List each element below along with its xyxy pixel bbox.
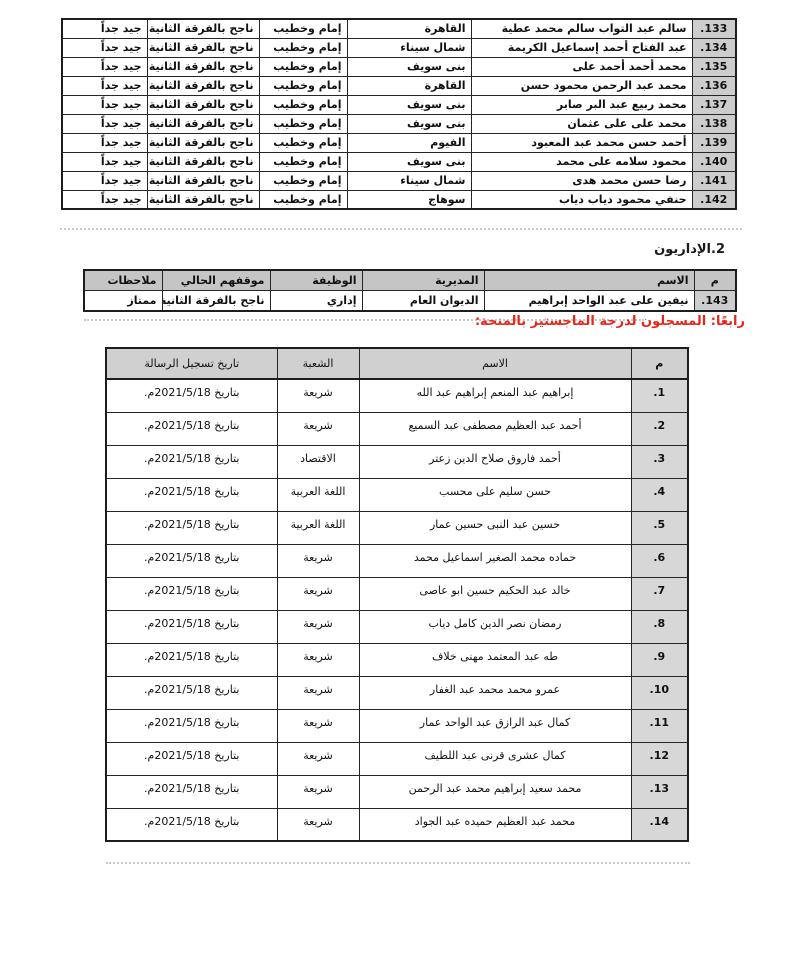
row-number-cell: 133.: [692, 19, 736, 38]
branch-cell: اللغة العربية: [277, 511, 359, 544]
row-number-cell: 4.: [631, 478, 688, 511]
header-number: م: [694, 270, 736, 290]
status-cell: ناجح بالفرقة الثانية: [147, 133, 259, 152]
header-reg-date: تاريخ تسجيل الرسالة: [106, 348, 277, 379]
grade-cell: جيد جداً: [62, 19, 147, 38]
name-cell: محمد ربيع عبد البر صابر: [471, 95, 692, 114]
admin-row: 143. نيفين على عبد الواحد إبراهيم الديوا…: [84, 290, 736, 311]
masters-table-body: 1. إبراهيم عبد المنعم إبراهيم عبد الله ش…: [106, 379, 688, 841]
imam-row: 140. محمود سلامه على محمد بنى سويف إمام …: [62, 152, 736, 171]
reg-date-cell: بتاريخ 2021/5/18م.: [106, 511, 277, 544]
row-number-cell: 10.: [631, 676, 688, 709]
masters-row: 10. عمرو محمد محمد عبد الغفار شريعة بتار…: [106, 676, 688, 709]
imams-results-table: 133. سالم عبد التواب سالم محمد عطية القا…: [61, 18, 737, 210]
name-cell: كمال عبد الرازق عبد الواحد عمار: [359, 709, 631, 742]
name-cell: خالد عبد الحكيم حسين ابو عاصى: [359, 577, 631, 610]
row-number-cell: 14.: [631, 808, 688, 841]
grade-cell: جيد جداً: [62, 95, 147, 114]
imam-row: 139. أحمد حسن محمد عبد المعبود الفيوم إم…: [62, 133, 736, 152]
branch-cell: الاقتصاد: [277, 445, 359, 478]
header-job: الوظيفة: [270, 270, 362, 290]
scanned-document-page: 133. سالم عبد التواب سالم محمد عطية القا…: [0, 0, 799, 960]
row-number-cell: 1.: [631, 379, 688, 412]
admins-header-row: م الاسم المديرية الوظيفة موقفهم الحالي م…: [84, 270, 736, 290]
header-notes: ملاحظات: [84, 270, 162, 290]
admins-section-title: 2.الإداريون: [654, 242, 725, 257]
masters-row: 8. رمضان نصر الدين كامل دياب شريعة بتاري…: [106, 610, 688, 643]
name-cell: حنفي محمود دياب دياب: [471, 190, 692, 209]
masters-section-title: رابعًا: المسجلون لدرجة الماجستير بالمنحة…: [475, 314, 745, 329]
header-name: الاسم: [484, 270, 694, 290]
directorate-cell: بنى سويف: [347, 152, 471, 171]
grade-cell: جيد جداً: [62, 38, 147, 57]
job-cell: إمام وخطيب: [259, 95, 347, 114]
directorate-cell: سوهاج: [347, 190, 471, 209]
status-cell: ناجح بالفرقة الثانية: [147, 19, 259, 38]
name-cell: أحمد حسن محمد عبد المعبود: [471, 133, 692, 152]
masters-row: 3. أحمد فاروق صلاح الدين زعتر الاقتصاد ب…: [106, 445, 688, 478]
reg-date-cell: بتاريخ 2021/5/18م.: [106, 445, 277, 478]
admins-table: م الاسم المديرية الوظيفة موقفهم الحالي م…: [83, 269, 737, 312]
row-number-cell: 3.: [631, 445, 688, 478]
status-cell: ناجح بالفرقة الثانية: [162, 290, 270, 311]
status-cell: ناجح بالفرقة الثانية: [147, 114, 259, 133]
header-name: الاسم: [359, 348, 631, 379]
name-cell: محمد عبد العظيم حميده عبد الجواد: [359, 808, 631, 841]
reg-date-cell: بتاريخ 2021/5/18م.: [106, 577, 277, 610]
job-cell: إمام وخطيب: [259, 171, 347, 190]
job-cell: إمام وخطيب: [259, 114, 347, 133]
status-cell: ناجح بالفرقة الثانية: [147, 95, 259, 114]
directorate-cell: القاهرة: [347, 19, 471, 38]
imam-row: 137. محمد ربيع عبد البر صابر بنى سويف إم…: [62, 95, 736, 114]
masters-row: 6. حماده محمد الصغير اسماعيل محمد شريعة …: [106, 544, 688, 577]
header-branch: الشعبة: [277, 348, 359, 379]
name-cell: محمود سلامه على محمد: [471, 152, 692, 171]
header-number: م: [631, 348, 688, 379]
name-cell: حماده محمد الصغير اسماعيل محمد: [359, 544, 631, 577]
scan-artifact-line: [60, 228, 742, 230]
grade-cell: جيد جداً: [62, 171, 147, 190]
name-cell: حسن سليم على محسب: [359, 478, 631, 511]
row-number-cell: 138.: [692, 114, 736, 133]
admins-table-body: 143. نيفين على عبد الواحد إبراهيم الديوا…: [84, 290, 736, 311]
directorate-cell: القاهرة: [347, 76, 471, 95]
directorate-cell: الفيوم: [347, 133, 471, 152]
row-number-cell: 140.: [692, 152, 736, 171]
job-cell: إمام وخطيب: [259, 19, 347, 38]
row-number-cell: 11.: [631, 709, 688, 742]
admins-table-header: م الاسم المديرية الوظيفة موقفهم الحالي م…: [84, 270, 736, 290]
imam-row: 142. حنفي محمود دياب دياب سوهاج إمام وخط…: [62, 190, 736, 209]
branch-cell: اللغة العربية: [277, 478, 359, 511]
row-number-cell: 142.: [692, 190, 736, 209]
imams-results-body: 133. سالم عبد التواب سالم محمد عطية القا…: [62, 19, 736, 209]
masters-row: 11. كمال عبد الرازق عبد الواحد عمار شريع…: [106, 709, 688, 742]
branch-cell: شريعة: [277, 676, 359, 709]
masters-table-header: م الاسم الشعبة تاريخ تسجيل الرسالة: [106, 348, 688, 379]
directorate-cell: شمال سيناء: [347, 38, 471, 57]
reg-date-cell: بتاريخ 2021/5/18م.: [106, 775, 277, 808]
row-number-cell: 12.: [631, 742, 688, 775]
reg-date-cell: بتاريخ 2021/5/18م.: [106, 544, 277, 577]
branch-cell: شريعة: [277, 412, 359, 445]
job-cell: إمام وخطيب: [259, 76, 347, 95]
branch-cell: شريعة: [277, 610, 359, 643]
name-cell: رمضان نصر الدين كامل دياب: [359, 610, 631, 643]
masters-row: 2. أحمد عبد العظيم مصطفى عبد السميع شريع…: [106, 412, 688, 445]
row-number-cell: 2.: [631, 412, 688, 445]
branch-cell: شريعة: [277, 709, 359, 742]
status-cell: ناجح بالفرقة الثانية: [147, 57, 259, 76]
reg-date-cell: بتاريخ 2021/5/18م.: [106, 709, 277, 742]
masters-table: م الاسم الشعبة تاريخ تسجيل الرسالة 1. إب…: [105, 347, 689, 842]
row-number-cell: 13.: [631, 775, 688, 808]
status-cell: ناجح بالفرقة الثانية: [147, 76, 259, 95]
reg-date-cell: بتاريخ 2021/5/18م.: [106, 478, 277, 511]
reg-date-cell: بتاريخ 2021/5/18م.: [106, 643, 277, 676]
masters-row: 7. خالد عبد الحكيم حسين ابو عاصى شريعة ب…: [106, 577, 688, 610]
imam-row: 141. رضا حسن محمد هدى شمال سيناء إمام وخ…: [62, 171, 736, 190]
imam-row: 135. محمد أحمد أحمد على بنى سويف إمام وخ…: [62, 57, 736, 76]
job-cell: إمام وخطيب: [259, 133, 347, 152]
name-cell: أحمد فاروق صلاح الدين زعتر: [359, 445, 631, 478]
masters-row: 4. حسن سليم على محسب اللغة العربية بتاري…: [106, 478, 688, 511]
imam-row: 133. سالم عبد التواب سالم محمد عطية القا…: [62, 19, 736, 38]
row-number-cell: 7.: [631, 577, 688, 610]
job-cell: إمام وخطيب: [259, 190, 347, 209]
masters-row: 13. محمد سعيد إبراهيم محمد عبد الرحمن شر…: [106, 775, 688, 808]
name-cell: طه عبد المعتمد مهنى خلاف: [359, 643, 631, 676]
status-cell: ناجح بالفرقة الثانية: [147, 171, 259, 190]
row-number-cell: 5.: [631, 511, 688, 544]
reg-date-cell: بتاريخ 2021/5/18م.: [106, 808, 277, 841]
row-number-cell: 143.: [694, 290, 736, 311]
branch-cell: شريعة: [277, 742, 359, 775]
name-cell: سالم عبد التواب سالم محمد عطية: [471, 19, 692, 38]
reg-date-cell: بتاريخ 2021/5/18م.: [106, 676, 277, 709]
name-cell: إبراهيم عبد المنعم إبراهيم عبد الله: [359, 379, 631, 412]
reg-date-cell: بتاريخ 2021/5/18م.: [106, 379, 277, 412]
row-number-cell: 9.: [631, 643, 688, 676]
branch-cell: شريعة: [277, 775, 359, 808]
directorate-cell: شمال سيناء: [347, 171, 471, 190]
row-number-cell: 134.: [692, 38, 736, 57]
row-number-cell: 8.: [631, 610, 688, 643]
notes-cell: ممتاز: [84, 290, 162, 311]
job-cell: إداري: [270, 290, 362, 311]
masters-row: 9. طه عبد المعتمد مهنى خلاف شريعة بتاريخ…: [106, 643, 688, 676]
grade-cell: جيد جداً: [62, 133, 147, 152]
name-cell: محمد سعيد إبراهيم محمد عبد الرحمن: [359, 775, 631, 808]
grade-cell: جيد جداً: [62, 114, 147, 133]
name-cell: نيفين على عبد الواحد إبراهيم: [484, 290, 694, 311]
job-cell: إمام وخطيب: [259, 152, 347, 171]
name-cell: محمد عبد الرحمن محمود حسن: [471, 76, 692, 95]
masters-row: 1. إبراهيم عبد المنعم إبراهيم عبد الله ش…: [106, 379, 688, 412]
status-cell: ناجح بالفرقة الثانية: [147, 38, 259, 57]
branch-cell: شريعة: [277, 544, 359, 577]
row-number-cell: 139.: [692, 133, 736, 152]
status-cell: ناجح بالفرقة الثانية: [147, 152, 259, 171]
masters-row: 5. حسين عبد النبى حسين عمار اللغة العربي…: [106, 511, 688, 544]
reg-date-cell: بتاريخ 2021/5/18م.: [106, 412, 277, 445]
status-cell: ناجح بالفرقة الثانية: [147, 190, 259, 209]
branch-cell: شريعة: [277, 577, 359, 610]
reg-date-cell: بتاريخ 2021/5/18م.: [106, 742, 277, 775]
name-cell: محمد على على عثمان: [471, 114, 692, 133]
job-cell: إمام وخطيب: [259, 38, 347, 57]
name-cell: كمال عشرى قرنى عبد اللطيف: [359, 742, 631, 775]
directorate-cell: بنى سويف: [347, 95, 471, 114]
grade-cell: جيد جداً: [62, 57, 147, 76]
masters-row: 12. كمال عشرى قرنى عبد اللطيف شريعة بتار…: [106, 742, 688, 775]
reg-date-cell: بتاريخ 2021/5/18م.: [106, 610, 277, 643]
masters-row: 14. محمد عبد العظيم حميده عبد الجواد شري…: [106, 808, 688, 841]
row-number-cell: 6.: [631, 544, 688, 577]
name-cell: أحمد عبد العظيم مصطفى عبد السميع: [359, 412, 631, 445]
imam-row: 136. محمد عبد الرحمن محمود حسن القاهرة إ…: [62, 76, 736, 95]
row-number-cell: 135.: [692, 57, 736, 76]
name-cell: محمد أحمد أحمد على: [471, 57, 692, 76]
row-number-cell: 137.: [692, 95, 736, 114]
imam-row: 134. عبد الفتاح أحمد إسماعيل الكريمة شما…: [62, 38, 736, 57]
name-cell: عمرو محمد محمد عبد الغفار: [359, 676, 631, 709]
masters-header-row: م الاسم الشعبة تاريخ تسجيل الرسالة: [106, 348, 688, 379]
grade-cell: جيد جداً: [62, 190, 147, 209]
job-cell: إمام وخطيب: [259, 57, 347, 76]
branch-cell: شريعة: [277, 808, 359, 841]
branch-cell: شريعة: [277, 379, 359, 412]
name-cell: رضا حسن محمد هدى: [471, 171, 692, 190]
directorate-cell: بنى سويف: [347, 57, 471, 76]
header-status: موقفهم الحالي: [162, 270, 270, 290]
row-number-cell: 141.: [692, 171, 736, 190]
directorate-cell: بنى سويف: [347, 114, 471, 133]
name-cell: عبد الفتاح أحمد إسماعيل الكريمة: [471, 38, 692, 57]
grade-cell: جيد جداً: [62, 152, 147, 171]
header-directorate: المديرية: [362, 270, 484, 290]
row-number-cell: 136.: [692, 76, 736, 95]
branch-cell: شريعة: [277, 643, 359, 676]
imam-row: 138. محمد على على عثمان بنى سويف إمام وخ…: [62, 114, 736, 133]
name-cell: حسين عبد النبى حسين عمار: [359, 511, 631, 544]
grade-cell: جيد جداً: [62, 76, 147, 95]
directorate-cell: الديوان العام: [362, 290, 484, 311]
scan-artifact-line: [106, 862, 690, 864]
